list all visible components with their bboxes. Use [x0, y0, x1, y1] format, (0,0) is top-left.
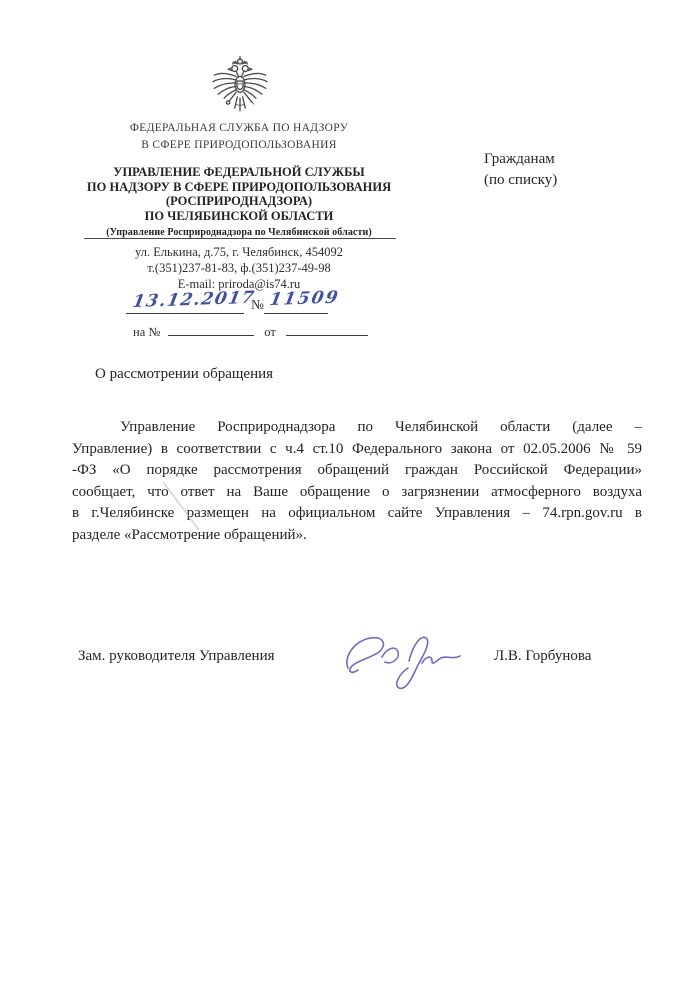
agency-name-line: В СФЕРЕ ПРИРОДОПОЛЬЗОВАНИЯ — [80, 137, 398, 154]
number-underline — [264, 313, 328, 314]
body-line: -ФЗ «О порядке рассмотрения обращений гр… — [72, 460, 642, 482]
letter-body: Управление Росприроднадзора по Челябинск… — [72, 417, 642, 546]
contact-address-block: ул. Елькина, д.75, г. Челябинск, 454092 … — [80, 244, 398, 292]
reply-number-blank — [168, 323, 254, 336]
outgoing-date-handwritten: 13.12.2017 — [131, 288, 257, 312]
addressee-line: Гражданам — [484, 149, 557, 170]
addressee-line: (по списку) — [484, 170, 557, 191]
reply-reference-row: на №от — [133, 323, 368, 340]
org-name-line: УПРАВЛЕНИЕ ФЕДЕРАЛЬНОЙ СЛУЖБЫ — [80, 165, 398, 180]
letterhead-divider — [84, 238, 396, 239]
handwritten-signature — [334, 616, 466, 696]
reply-from-label: от — [264, 325, 276, 339]
reply-to-label: на № — [133, 325, 160, 339]
org-name-line: ПО ЧЕЛЯБИНСКОЙ ОБЛАСТИ — [80, 209, 398, 224]
org-name-line: ПО НАДЗОРУ В СФЕРЕ ПРИРОДОПОЛЬЗОВАНИЯ — [80, 180, 398, 195]
signer-position: Зам. руководителя Управления — [78, 648, 275, 665]
body-line: Управление) в соответствии с ч.4 ст.10 Ф… — [72, 439, 642, 461]
phone-fax: т.(351)237-81-83, ф.(351)237-49-98 — [80, 260, 398, 276]
body-line: сообщает, что ответ на Ваше обращение о … — [72, 482, 642, 504]
number-sign: № — [251, 297, 264, 313]
outgoing-number-handwritten: 11509 — [268, 288, 341, 310]
double-headed-eagle-emblem — [207, 54, 273, 124]
agency-name-line: ФЕДЕРАЛЬНАЯ СЛУЖБА ПО НАДЗОРУ — [80, 120, 398, 137]
scanned-letter-page: ФЕДЕРАЛЬНАЯ СЛУЖБА ПО НАДЗОРУ В СФЕРЕ ПР… — [0, 0, 700, 990]
scan-fold-artifact — [160, 480, 202, 532]
reply-date-blank — [286, 323, 368, 336]
body-line: Управление Росприроднадзора по Челябинск… — [72, 417, 642, 439]
federal-agency-name: ФЕДЕРАЛЬНАЯ СЛУЖБА ПО НАДЗОРУ В СФЕРЕ ПР… — [80, 120, 398, 154]
addressee-block: Гражданам (по списку) — [484, 149, 557, 191]
regional-office-name: УПРАВЛЕНИЕ ФЕДЕРАЛЬНОЙ СЛУЖБЫ ПО НАДЗОРУ… — [80, 165, 398, 241]
body-line: разделе «Рассмотрение обращений». — [72, 525, 642, 547]
signer-name: Л.В. Горбунова — [494, 648, 591, 665]
letter-subject: О рассмотрении обращения — [95, 366, 273, 383]
street-address: ул. Елькина, д.75, г. Челябинск, 454092 — [80, 244, 398, 260]
org-name-line: (РОСПРИРОДНАДЗОРА) — [80, 194, 398, 209]
date-underline — [126, 313, 244, 314]
body-line: в г.Челябинске размещен на официальном с… — [72, 503, 642, 525]
